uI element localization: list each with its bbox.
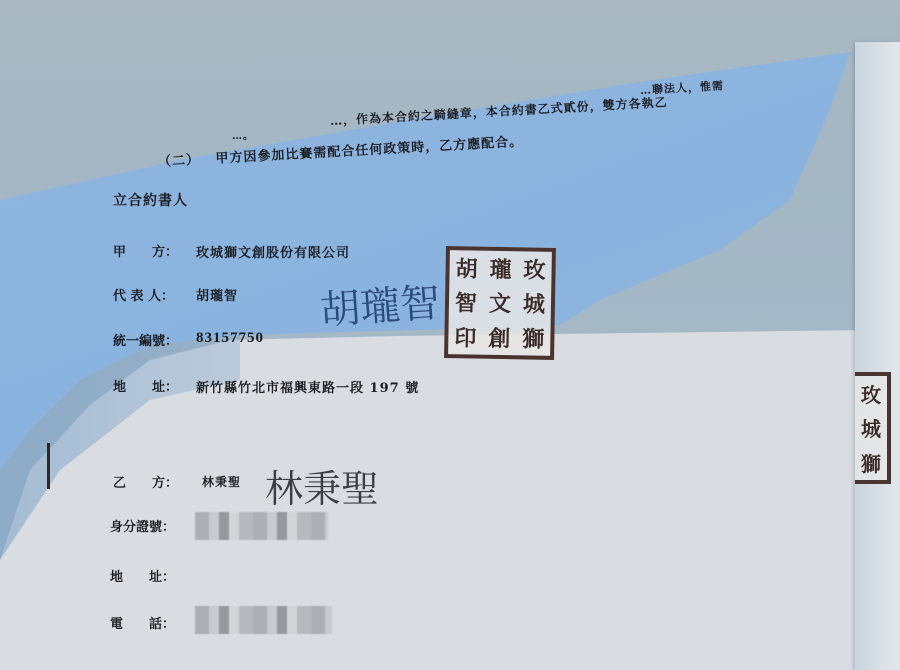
id-number-label: 身分證號： — [110, 516, 175, 535]
party-a-address-label: 地 址： — [113, 376, 178, 395]
redacted-id-number — [195, 512, 328, 540]
party-b-address-label: 地 址： — [110, 566, 175, 585]
seal-char: 獅 — [516, 321, 551, 356]
party-a-label: 甲 方： — [113, 241, 178, 260]
party-b-label: 乙 方： — [113, 472, 178, 491]
seal-char: 智 — [449, 285, 484, 320]
seal-char: 胡 — [449, 250, 484, 285]
seal-char: 文 — [483, 285, 518, 320]
party-a-handwritten-signature: 胡瓏智 — [318, 271, 442, 336]
party-b-name: 林秉聖 — [202, 473, 241, 490]
representative-label: 代 表 人： — [113, 285, 174, 304]
clause-fragment-3: …。 — [232, 127, 254, 142]
underlying-page-edge — [855, 42, 900, 670]
seal-char: 玫 — [855, 376, 887, 411]
party-a-name: 玫城獅文創股份有限公司 — [196, 242, 350, 261]
seal-char: 瓏 — [483, 251, 518, 286]
seal-char: 創 — [482, 320, 517, 355]
seal-char: 城 — [517, 286, 552, 321]
seal-char: 印 — [448, 319, 483, 354]
clause-2-number: （二） — [158, 153, 201, 170]
phone-label: 電 話： — [110, 613, 175, 632]
company-seal: 胡 瓏 玫 智 文 城 印 創 獅 — [444, 246, 556, 360]
party-b-handwritten-signature: 林秉聖 — [265, 458, 379, 513]
representative-name: 胡瓏智 — [196, 285, 238, 304]
tax-id-label: 統一編號： — [113, 330, 178, 349]
contract-photo: …聯法人，惟需 …，作為本合約之騎縫章，本合約書乙式貳份，雙方各執乙 …。 （二… — [0, 0, 900, 670]
seal-char: 城 — [855, 411, 887, 446]
signatories-heading: 立合約書人 — [113, 190, 188, 210]
redacted-phone-number — [195, 606, 332, 634]
tax-id-value: 83157750 — [196, 330, 264, 347]
seal-char: 獅 — [855, 445, 887, 480]
margin-mark — [47, 443, 50, 489]
seam-seal: 玫 城 獅 — [855, 372, 891, 484]
seal-char: 玫 — [517, 251, 552, 286]
party-a-address: 新竹縣竹北市福興東路一段 197 號 — [196, 377, 419, 396]
